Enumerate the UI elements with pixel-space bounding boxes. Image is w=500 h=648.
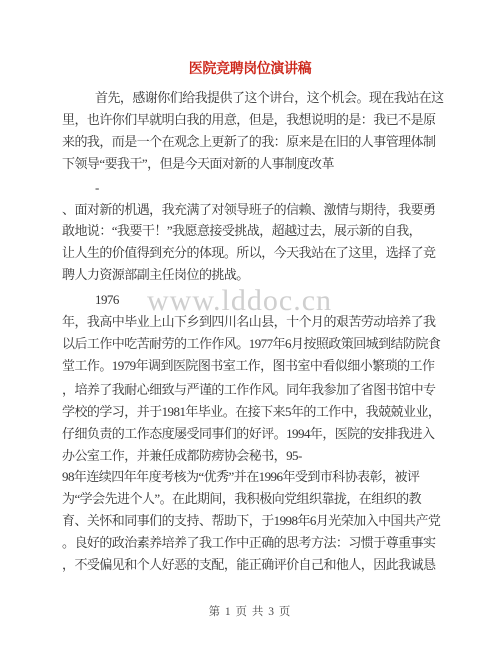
document-line: 首先，感谢你们给我提供了这个讲台，这个机会。现在我站在这 [62,87,440,109]
document-body: 首先，感谢你们给我提供了这个讲台，这个机会。现在我站在这 里，也许你们早就明白我… [62,87,440,576]
document-line: 里，也许你们早就明白我的用意，但是，我想说明的是：我已不是原 [62,109,440,131]
document-line-dash: - [62,177,440,199]
document-line: 办公室工作，并兼任成都防痨协会秘书，95- [62,445,440,467]
document-line: 98年连续四年年度考核为“优秀”并在1996年受到市科协表彰，被评 [62,466,440,488]
document-line: 敢地说：“我要干！”我愿意接受挑战，超越过去，展示新的自我， [62,220,440,242]
document-line: ，不受偏见和个人好恶的支配，能正确评价自己和他人，因此我诚恳 [62,554,440,576]
document-line: 堂工作。1979年调到医院图书室工作，图书室中看似细小繁琐的工作 [62,355,440,377]
document-line: 。良好的政治素养培养了我工作中正确的思考方法：习惯于尊重事实 [62,532,440,554]
document-line: 仔细负责的工作态度屡受同事们的好评。1994年，医院的安排我进入 [62,423,440,445]
document-line: 以后工作中吃苦耐劳的工作作风。1977年6月按照政策回城到结防院食 [62,333,440,355]
document-title: 医院竞聘岗位演讲稿 [0,58,500,78]
document-line: 让人生的价值得到充分的体现。所以，今天我站在了这里，选择了竞 [62,242,440,264]
document-line-year: 1976 [62,289,440,311]
page-number: 第 1 页 共 3 页 [0,603,500,619]
document-line: 聘人力资源部副主任岗位的挑战。 [62,264,440,286]
document-line: 年，我高中毕业上山下乡到四川名山县，十个月的艰苦劳动培养了我 [62,311,440,333]
document-line: 育、关怀和同事们的支持、帮助下，于1998年6月光荣加入中国共产党 [62,510,440,532]
document-line: 下领导“要我干”，但是今天面对新的人事制度改革 [62,153,440,175]
document-line: 、面对新的机遇，我充满了对领导班子的信赖、激情与期待，我要勇 [62,199,440,221]
document-line: 学校的学习，并于1981年毕业。在接下来5年的工作中，我兢兢业业， [62,401,440,423]
document-page: 医院竞聘岗位演讲稿 www.lddoc.cn 首先，感谢你们给我提供了这个讲台，… [0,0,500,648]
document-line: ，培养了我耐心细致与严谨的工作作风。同年我参加了省图书馆中专 [62,379,440,401]
document-line: 来的我，而是一个在观念上更新了的我：原来是在旧的人事管理体制 [62,131,440,153]
document-line: 为“学会先进个人”。在此期间，我积极向党组织靠拢，在组织的教 [62,488,440,510]
